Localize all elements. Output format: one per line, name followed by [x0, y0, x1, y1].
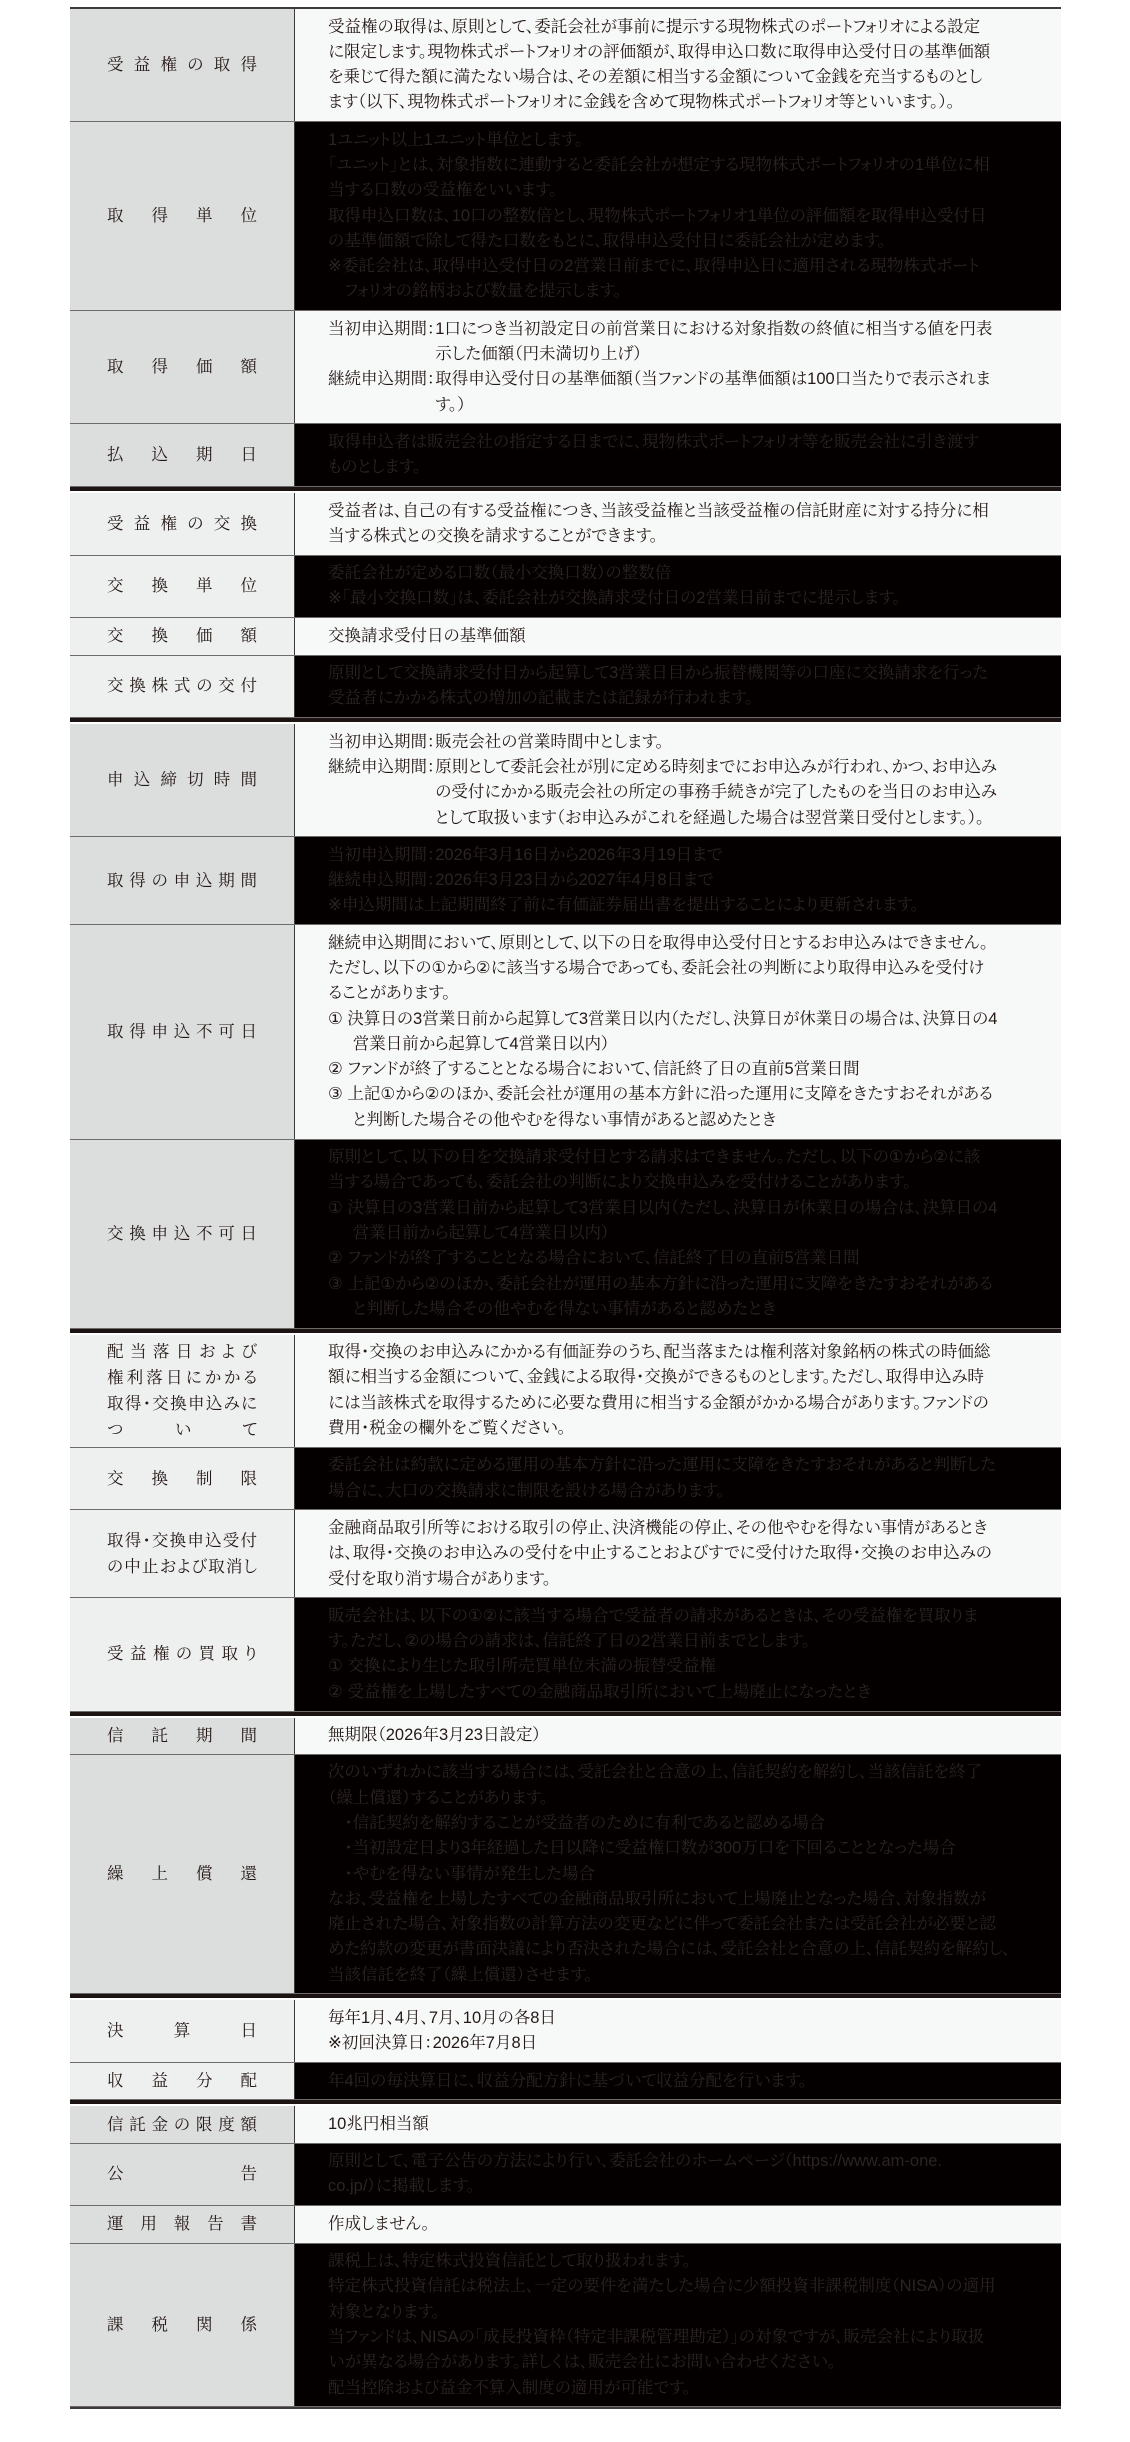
value-cell: 交換請求受付日の基準価額 [295, 618, 1061, 654]
value-line: 対象となります。 [328, 2300, 1041, 2325]
value-line: ます（以下、現物株式ポートフォリオに金銭を含めて現物株式ポートフォリオ等といいま… [328, 90, 1041, 115]
value-line: めた約款の変更が書面決議により否決された場合には、受託会社と合意の上、信託契約を… [328, 1937, 1041, 1962]
value-line: 受益者にかかる株式の増加の記載または記録が行われます。 [328, 686, 1041, 711]
value-cell: 取得・交換のお申込みにかかる有価証券のうち、配当落または権利落対象銘柄の株式の時… [295, 1335, 1061, 1447]
table-row: 払込期日取得申込者は販売会社の指定する日までに、現物株式ポートフォリオ等を販売会… [70, 424, 1061, 487]
row-label-cell: 受益権の交換 [70, 493, 295, 555]
table-row: 決算日毎年1月、4月、7月、10月の各8日※初回決算日：2026年7月8日 [70, 2000, 1061, 2063]
table-row: 繰上償還次のいずれかに該当する場合には、受託会社と合意の上、信託契約を解約し、当… [70, 1755, 1061, 1995]
value-cell: 当初申込期間：1口につき当初設定日の前営業日における対象指数の終値に相当する値を… [295, 311, 1061, 423]
value-line: 額に相当する金額について、金銭による取得・交換ができるものとします。ただし、取得… [328, 1365, 1041, 1390]
value-line: 販売会社は、以下の①②に該当する場合で受益者の請求があるときは、その受益権を買取… [328, 1604, 1041, 1629]
row-label-line: 交換株式の交付 [107, 673, 257, 699]
row-label-cell: 申込締切時間 [70, 724, 295, 836]
value-line: いが異なる場合があります。詳しくは、販売会社にお問い合わせください。 [328, 2350, 1041, 2375]
value-line: す。） [328, 393, 1041, 418]
value-line: 「ユニット」とは、対象指数に連動すると委託会社が想定する現物株式ポートフォリオの… [328, 153, 1041, 178]
table-row: 信託期間無期限（2026年3月23日設定） [70, 1718, 1061, 1755]
value-line: 場合に、大口の交換請求に制限を設ける場合があります。 [328, 1479, 1041, 1504]
row-label-cell: 取得価額 [70, 311, 295, 423]
row-label-line: 信託期間 [107, 1723, 257, 1749]
row-label-cell: 受益権の取得 [70, 9, 295, 121]
value-line: 営業日前から起算して4営業日以内） [328, 1221, 1041, 1246]
row-label: 交換単位 [107, 573, 257, 599]
row-group: 申込締切時間当初申込期間：販売会社の営業時間中とします。継続申込期間：原則として… [70, 724, 1061, 1333]
row-label: 交換制限 [107, 1466, 257, 1492]
row-label-cell: 交換申込不可日 [70, 1140, 295, 1328]
row-label: 取得・交換申込受付の中止および取消し [107, 1528, 257, 1580]
row-label: 信託期間 [107, 1723, 257, 1749]
row-label-line: 払込期日 [107, 442, 257, 468]
table-row: 交換株式の交付原則として交換請求受付日から起算して3営業日目から振替機関等の口座… [70, 656, 1061, 719]
value-line: 当する場合であっても、委託会社の判断により交換申込みを受付けることがあります。 [328, 1170, 1041, 1195]
value-line: 当初申込期間：1口につき当初設定日の前営業日における対象指数の終値に相当する値を… [328, 317, 1041, 342]
value-line: には当該株式を取得するために必要な費用に相当する金額がかかる場合があります。ファ… [328, 1391, 1041, 1416]
row-label: 交換株式の交付 [107, 673, 257, 699]
row-label-cell: 交換価額 [70, 618, 295, 654]
row-label-line: 受益権の交換 [107, 511, 257, 537]
row-label: 信託金の限度額 [107, 2112, 257, 2138]
table-row: 申込締切時間当初申込期間：販売会社の営業時間中とします。継続申込期間：原則として… [70, 724, 1061, 837]
row-label-line: の中止および取消し [107, 1554, 257, 1580]
value-line: ・当初設定日より3年経過した日以降に受益権口数が300万口を下回ることとなった場… [328, 1836, 1041, 1861]
row-label-cell: 払込期日 [70, 424, 295, 486]
row-label-line: 受益権の取得 [107, 52, 257, 78]
row-label-cell: 交換単位 [70, 556, 295, 618]
value-line: ③ 上記①から②のほか、委託会社が運用の基本方針に沿った運用に支障をきたすおそれ… [328, 1082, 1041, 1107]
row-group: 信託金の限度額10兆円相当額公告原則として、電子公告の方法により行い、委託会社の… [70, 2106, 1061, 2409]
value-line: 1ユニット以上1ユニット単位とします。 [328, 128, 1041, 153]
row-label-cell: 交換制限 [70, 1448, 295, 1510]
row-label: 決算日 [107, 2018, 257, 2044]
value-line: 継続申込期間において、原則として、以下の日を取得申込受付日とするお申込みはできま… [328, 931, 1041, 956]
masked-value-cell: 年4回の毎決算日に、収益分配方針に基づいて収益分配を行います。 [295, 2063, 1061, 2099]
table-row: 取得申込不可日継続申込期間において、原則として、以下の日を取得申込受付日とするお… [70, 925, 1061, 1139]
value-line: 課税上は、特定株式投資信託として取り扱われます。 [328, 2249, 1041, 2274]
table-row: 交換単位委託会社が定める口数（最小交換口数）の整数倍※「最小交換口数」は、委託会… [70, 556, 1061, 619]
masked-value-cell: 次のいずれかに該当する場合には、受託会社と合意の上、信託契約を解約し、当該信託を… [295, 1755, 1061, 1994]
row-label: 交換申込不可日 [107, 1221, 257, 1247]
value-line: なお、受益権を上場したすべての金融商品取引所において上場廃止となった場合、対象指… [328, 1887, 1041, 1912]
value-line: ・やむを得ない事情が発生した場合 [328, 1862, 1041, 1887]
row-label-cell: 交換株式の交付 [70, 656, 295, 718]
row-label: 収益分配 [107, 2068, 257, 2094]
row-label-line: 信託金の限度額 [107, 2112, 257, 2138]
value-line: ② ファンドが終了することとなる場合において、信託終了日の直前5営業日間 [328, 1246, 1041, 1271]
masked-value-cell: 1ユニット以上1ユニット単位とします。「ユニット」とは、対象指数に連動すると委託… [295, 122, 1061, 310]
table-row: 取得単位1ユニット以上1ユニット単位とします。「ユニット」とは、対象指数に連動す… [70, 122, 1061, 311]
masked-value-cell: 原則として交換請求受付日から起算して3営業日目から振替機関等の口座に交換請求を行… [295, 656, 1061, 718]
value-line: 委託会社は約款に定める運用の基本方針に沿った運用に支障をきたすおそれがあると判断… [328, 1453, 1041, 1478]
row-label-line: 公告 [107, 2161, 257, 2187]
table-row: 受益権の交換受益者は、自己の有する受益権につき、当該受益権と当該受益権の信託財産… [70, 493, 1061, 556]
table-row: 収益分配年4回の毎決算日に、収益分配方針に基づいて収益分配を行います。 [70, 2063, 1061, 2100]
value-line: として取扱います（お申込みがこれを経過した場合は翌営業日受付とします。）。 [328, 806, 1041, 831]
row-label-line: 受益権の買取り [107, 1641, 257, 1667]
row-label-cell: 受益権の買取り [70, 1598, 295, 1710]
value-line: ・信託契約を解約することが受益者のために有利であると認める場合 [328, 1811, 1041, 1836]
row-label-line: 運用報告書 [107, 2211, 257, 2237]
value-line: 交換請求受付日の基準価額 [328, 624, 1041, 649]
row-label-line: 取得・交換申込受付 [107, 1528, 257, 1554]
table-row: 交換価額交換請求受付日の基準価額 [70, 618, 1061, 655]
value-line: 10兆円相当額 [328, 2112, 1041, 2137]
row-label-cell: 収益分配 [70, 2063, 295, 2099]
table-row: 運用報告書作成しません。 [70, 2206, 1061, 2243]
table-row: 公告原則として、電子公告の方法により行い、委託会社のホームページ（https:/… [70, 2144, 1061, 2207]
row-label: 運用報告書 [107, 2211, 257, 2237]
table-row: 取得・交換申込受付の中止および取消し金融商品取引所等における取引の停止、決済機能… [70, 1510, 1061, 1598]
value-line: 原則として交換請求受付日から起算して3営業日目から振替機関等の口座に交換請求を行… [328, 661, 1041, 686]
table-row: 受益権の取得受益権の取得は、原則として、委託会社が事前に提示する現物株式のポート… [70, 9, 1061, 122]
value-cell: 10兆円相当額 [295, 2106, 1061, 2142]
row-label: 受益権の買取り [107, 1641, 257, 1667]
row-group: 受益権の取得受益権の取得は、原則として、委託会社が事前に提示する現物株式のポート… [70, 9, 1061, 491]
value-line: ③ 上記①から②のほか、委託会社が運用の基本方針に沿った運用に支障をきたすおそれ… [328, 1272, 1041, 1297]
table-row: 信託金の限度額10兆円相当額 [70, 2106, 1061, 2143]
value-line: 営業日前から起算して4営業日以内） [328, 1032, 1041, 1057]
value-line: 無期限（2026年3月23日設定） [328, 1723, 1041, 1748]
value-line: す。ただし、②の場合の請求は、信託終了日の2営業日前までとします。 [328, 1629, 1041, 1654]
row-label: 取得の申込期間 [107, 868, 257, 894]
row-label-cell: 信託期間 [70, 1718, 295, 1754]
value-cell: 金融商品取引所等における取引の停止、決済機能の停止、その他やむを得ない事情がある… [295, 1510, 1061, 1597]
value-cell: 当初申込期間：販売会社の営業時間中とします。継続申込期間：原則として委託会社が別… [295, 724, 1061, 836]
row-label-cell: 取得の申込期間 [70, 837, 295, 924]
value-line: 継続申込期間：原則として委託会社が別に定める時刻までにお申込みが行われ、かつ、お… [328, 755, 1041, 780]
row-label-cell: 決算日 [70, 2000, 295, 2062]
value-line: co.jp/）に掲載します。 [328, 2174, 1041, 2199]
row-label: 取得価額 [107, 354, 257, 380]
row-label-cell: 信託金の限度額 [70, 2106, 295, 2142]
value-line: 示した価額（円未満切り上げ） [328, 342, 1041, 367]
value-cell: 無期限（2026年3月23日設定） [295, 1718, 1061, 1754]
row-label-cell: 取得申込不可日 [70, 925, 295, 1138]
value-line: 受益者は、自己の有する受益権につき、当該受益権と当該受益権の信託財産に対する持分… [328, 499, 1041, 524]
row-label: 繰上償還 [107, 1861, 257, 1887]
row-label-line: 申込締切時間 [107, 767, 257, 793]
value-line: 毎年1月、4月、7月、10月の各8日 [328, 2006, 1041, 2031]
value-line: 原則として、電子公告の方法により行い、委託会社のホームページ（https://w… [328, 2149, 1041, 2174]
value-line: 委託会社が定める口数（最小交換口数）の整数倍 [328, 561, 1041, 586]
value-line: 継続申込期間：2026年3月23日から2027年4月8日まで [328, 868, 1041, 893]
row-label-line: 配当落日および [107, 1339, 257, 1365]
value-line: ② 受益権を上場したすべての金融商品取引所において上場廃止になったとき [328, 1680, 1041, 1705]
value-line: は、取得・交換のお申込みの受付を中止することおよびすでに受付けた取得・交換のお申… [328, 1541, 1041, 1566]
row-label-line: 取得の申込期間 [107, 868, 257, 894]
value-line: 受付を取り消す場合があります。 [328, 1567, 1041, 1592]
value-line: ることがあります。 [328, 981, 1041, 1006]
value-line: 当初申込期間：2026年3月16日から2026年3月19日まで [328, 843, 1041, 868]
value-cell: 毎年1月、4月、7月、10月の各8日※初回決算日：2026年7月8日 [295, 2000, 1061, 2062]
row-label-cell: 運用報告書 [70, 2206, 295, 2242]
table-row: 交換制限委託会社は約款に定める運用の基本方針に沿った運用に支障をきたすおそれがあ… [70, 1448, 1061, 1511]
value-line: 原則として、以下の日を交換請求受付日とする請求はできません。ただし、以下の①から… [328, 1145, 1041, 1170]
value-cell: 受益権の取得は、原則として、委託会社が事前に提示する現物株式のポートフォリオによ… [295, 9, 1061, 121]
row-label-cell: 取得・交換申込受付の中止および取消し [70, 1510, 295, 1597]
table-row: 取得価額当初申込期間：1口につき当初設定日の前営業日における対象指数の終値に相当… [70, 311, 1061, 424]
value-line: ② ファンドが終了することとなる場合において、信託終了日の直前5営業日間 [328, 1057, 1041, 1082]
row-label-line: 決算日 [107, 2018, 257, 2044]
fund-terms-page: 受益権の取得受益権の取得は、原則として、委託会社が事前に提示する現物株式のポート… [0, 0, 1130, 2442]
row-group: 配当落日および権利落日にかかる取得・交換申込みについて取得・交換のお申込みにかか… [70, 1335, 1061, 1716]
value-line: 当ファンドは、NISAの「成長投資枠（特定非課税管理勘定）」の対象ですが、販売会… [328, 2325, 1041, 2350]
value-line: 特定株式投資信託は税法上、一定の要件を満たした場合に少額投資非課税制度（NISA… [328, 2274, 1041, 2299]
value-line: に限定します。現物株式ポートフォリオの評価額が、取得申込口数に取得申込受付日の基… [328, 40, 1041, 65]
value-cell: 作成しません。 [295, 2206, 1061, 2242]
value-line: を乗じて得た額に満たない場合は、その差額に相当する金額について金銭を充当するもの… [328, 65, 1041, 90]
row-label-cell: 公告 [70, 2144, 295, 2206]
fund-terms-table: 受益権の取得受益権の取得は、原則として、委託会社が事前に提示する現物株式のポート… [70, 7, 1061, 2409]
row-label-cell: 繰上償還 [70, 1755, 295, 1994]
value-line: 配当控除および益金不算入制度の適用が可能です。 [328, 2376, 1041, 2401]
row-group: 信託期間無期限（2026年3月23日設定）繰上償還次のいずれかに該当する場合には… [70, 1718, 1061, 1999]
value-line: フォリオの銘柄および数量を提示します。 [328, 279, 1041, 304]
value-line: 廃止された場合、対象指数の計算方法の変更などに伴って委託会社または受託会社が必要… [328, 1912, 1041, 1937]
value-line: 取得申込者は販売会社の指定する日までに、現物株式ポートフォリオ等を販売会社に引き… [328, 430, 1041, 455]
value-line: 取得・交換のお申込みにかかる有価証券のうち、配当落または権利落対象銘柄の株式の時… [328, 1340, 1041, 1365]
value-line: ① 決算日の3営業日前から起算して3営業日以内（ただし、決算日が休業日の場合は、… [328, 1007, 1041, 1032]
value-line: 継続申込期間：取得申込受付日の基準価額（当ファンドの基準価額は100口当たりで表… [328, 367, 1041, 392]
table-row: 受益権の買取り販売会社は、以下の①②に該当する場合で受益者の請求があるときは、そ… [70, 1598, 1061, 1711]
value-line: 年4回の毎決算日に、収益分配方針に基づいて収益分配を行います。 [328, 2069, 1041, 2094]
row-label-line: 収益分配 [107, 2068, 257, 2094]
row-label-cell: 取得単位 [70, 122, 295, 310]
table-row: 取得の申込期間当初申込期間：2026年3月16日から2026年3月19日まで継続… [70, 837, 1061, 925]
value-line: と判断した場合その他やむを得ない事情があると認めたとき [328, 1108, 1041, 1133]
row-label-line: 課税関係 [107, 2312, 257, 2338]
value-line: ものとします。 [328, 455, 1041, 480]
row-label: 取得申込不可日 [107, 1019, 257, 1045]
row-label: 払込期日 [107, 442, 257, 468]
row-label-line: 交換価額 [107, 623, 257, 649]
value-line: と判断した場合その他やむを得ない事情があると認めたとき [328, 1297, 1041, 1322]
row-label-line: 権利落日にかかる [107, 1365, 257, 1391]
value-line: （繰上償還）することがあります。 [328, 1786, 1041, 1811]
value-line: 取得申込口数は、10口の整数倍とし、現物株式ポートフォリオ1単位の評価額を取得申… [328, 204, 1041, 229]
masked-value-cell: 委託会社が定める口数（最小交換口数）の整数倍※「最小交換口数」は、委託会社が交換… [295, 556, 1061, 618]
table-row: 交換申込不可日原則として、以下の日を交換請求受付日とする請求はできません。ただし… [70, 1140, 1061, 1329]
row-label: 公告 [107, 2161, 257, 2187]
row-label-line: 交換単位 [107, 573, 257, 599]
row-label-line: 取得価額 [107, 354, 257, 380]
row-label-cell: 課税関係 [70, 2244, 295, 2407]
value-line: 費用・税金の欄外をご覧ください。 [328, 1416, 1041, 1441]
masked-value-cell: 販売会社は、以下の①②に該当する場合で受益者の請求があるときは、その受益権を買取… [295, 1598, 1061, 1710]
value-line: ① 交換により生じた取引所売買単位未満の振替受益権 [328, 1654, 1041, 1679]
masked-value-cell: 原則として、電子公告の方法により行い、委託会社のホームページ（https://w… [295, 2144, 1061, 2206]
row-label-line: 繰上償還 [107, 1861, 257, 1887]
table-row: 配当落日および権利落日にかかる取得・交換申込みについて取得・交換のお申込みにかか… [70, 1335, 1061, 1448]
row-label-line: 交換制限 [107, 1466, 257, 1492]
table-row: 課税関係課税上は、特定株式投資信託として取り扱われます。特定株式投資信託は税法上… [70, 2244, 1061, 2408]
row-label: 課税関係 [107, 2312, 257, 2338]
value-line: 当初申込期間：販売会社の営業時間中とします。 [328, 730, 1041, 755]
value-cell: 受益者は、自己の有する受益権につき、当該受益権と当該受益権の信託財産に対する持分… [295, 493, 1061, 555]
row-label-line: ついて [107, 1417, 257, 1443]
row-label: 交換価額 [107, 623, 257, 649]
masked-value-cell: 課税上は、特定株式投資信託として取り扱われます。特定株式投資信託は税法上、一定の… [295, 2244, 1061, 2407]
row-group: 決算日毎年1月、4月、7月、10月の各8日※初回決算日：2026年7月8日収益分… [70, 2000, 1061, 2104]
value-line: ※申込期間は上記期間終了前に有価証券届出書を提出することにより更新されます。 [328, 893, 1041, 918]
value-line: 作成しません。 [328, 2212, 1041, 2237]
value-line: の受付にかかる販売会社の所定の事務手続きが完了したものを当日のお申込み [328, 780, 1041, 805]
row-label: 申込締切時間 [107, 767, 257, 793]
value-line: ただし、以下の①から②に該当する場合であっても、委託会社の判断により取得申込みを… [328, 956, 1041, 981]
value-line: ※委託会社は、取得申込受付日の2営業日前までに、取得申込日に適用される現物株式ポ… [328, 254, 1041, 279]
row-label: 受益権の取得 [107, 52, 257, 78]
value-line: 当する株式との交換を請求することができます。 [328, 524, 1041, 549]
value-line: 次のいずれかに該当する場合には、受託会社と合意の上、信託契約を解約し、当該信託を… [328, 1760, 1041, 1785]
masked-value-cell: 当初申込期間：2026年3月16日から2026年3月19日まで継続申込期間：20… [295, 837, 1061, 924]
row-label-line: 取得申込不可日 [107, 1019, 257, 1045]
value-line: 当該信託を終了（繰上償還）させます。 [328, 1963, 1041, 1988]
value-line: ※初回決算日：2026年7月8日 [328, 2031, 1041, 2056]
value-line: 受益権の取得は、原則として、委託会社が事前に提示する現物株式のポートフォリオによ… [328, 15, 1041, 40]
row-label-line: 交換申込不可日 [107, 1221, 257, 1247]
value-line: 金融商品取引所等における取引の停止、決済機能の停止、その他やむを得ない事情がある… [328, 1516, 1041, 1541]
row-label-line: 取得単位 [107, 203, 257, 229]
value-line: ① 決算日の3営業日前から起算して3営業日以内（ただし、決算日が休業日の場合は、… [328, 1196, 1041, 1221]
masked-value-cell: 取得申込者は販売会社の指定する日までに、現物株式ポートフォリオ等を販売会社に引き… [295, 424, 1061, 486]
masked-value-cell: 原則として、以下の日を交換請求受付日とする請求はできません。ただし、以下の①から… [295, 1140, 1061, 1328]
row-label: 受益権の交換 [107, 511, 257, 537]
row-label: 配当落日および権利落日にかかる取得・交換申込みについて [107, 1339, 257, 1443]
value-line: ※「最小交換口数」は、委託会社が交換請求受付日の2営業日前までに提示します。 [328, 586, 1041, 611]
row-label-cell: 配当落日および権利落日にかかる取得・交換申込みについて [70, 1335, 295, 1447]
row-label: 取得単位 [107, 203, 257, 229]
row-group: 受益権の交換受益者は、自己の有する受益権につき、当該受益権と当該受益権の信託財産… [70, 493, 1061, 722]
row-label-line: 取得・交換申込みに [107, 1391, 257, 1417]
value-line: の基準価額で除して得た口数をもとに、取得申込受付日に委託会社が定めます。 [328, 229, 1041, 254]
value-cell: 継続申込期間において、原則として、以下の日を取得申込受付日とするお申込みはできま… [295, 925, 1061, 1138]
masked-value-cell: 委託会社は約款に定める運用の基本方針に沿った運用に支障をきたすおそれがあると判断… [295, 1448, 1061, 1510]
value-line: 当する口数の受益権をいいます。 [328, 178, 1041, 203]
